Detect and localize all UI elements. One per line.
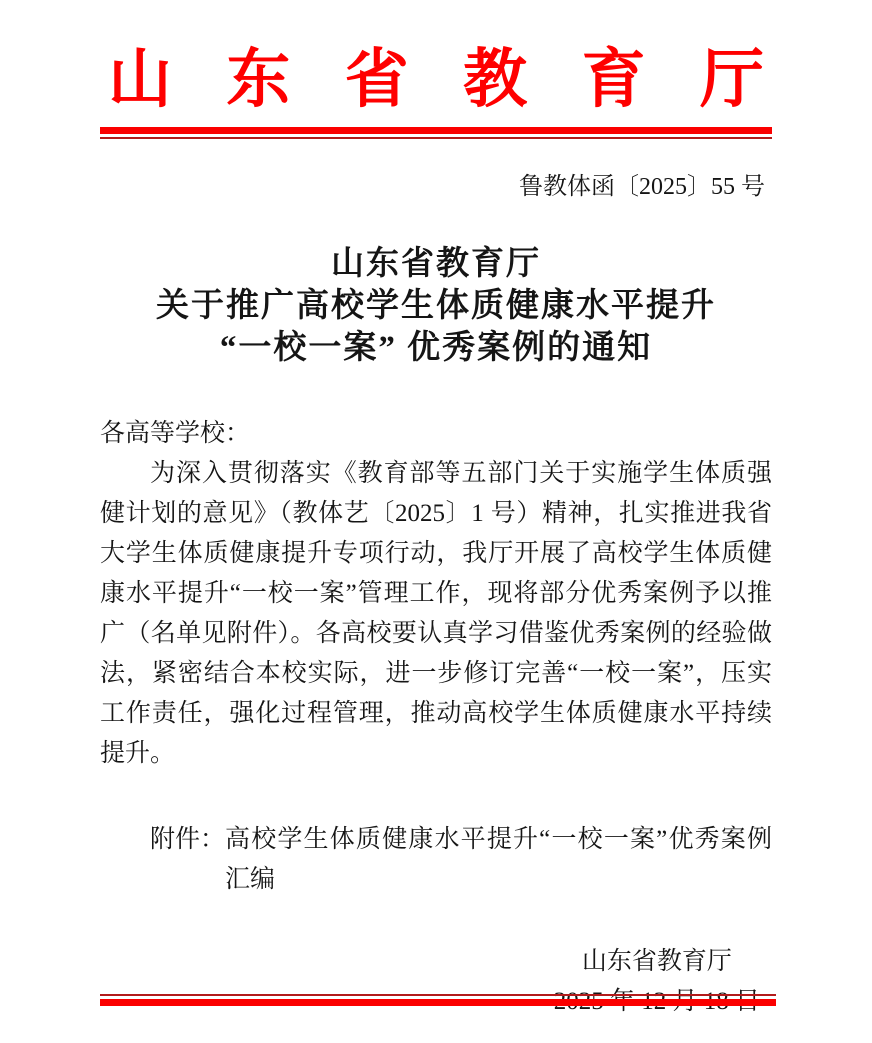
masthead-divider-thin-line (100, 137, 772, 139)
attachment-reference: 附件： 高校学生体质健康水平提升“一校一案”优秀案例汇编 (100, 820, 772, 900)
salutation: 各高等学校： (100, 414, 772, 454)
signature-block: 山东省教育厅 2025 年 12 月 18 日 (554, 942, 760, 1022)
document-number: 鲁教体函〔2025〕55 号 (0, 172, 872, 202)
signing-agency: 山东省教育厅 (554, 942, 760, 982)
footer-divider-thick-line (100, 999, 776, 1006)
footer-divider (100, 994, 776, 1006)
notice-title: 山东省教育厅 关于推广高校学生体质健康水平提升 “一校一案” 优秀案例的通知 (0, 243, 872, 369)
notice-body: 各高等学校： 为深入贯彻落实《教育部等五部门关于实施学生体质强健计划的意见》（教… (100, 414, 772, 900)
main-paragraph: 为深入贯彻落实《教育部等五部门关于实施学生体质强健计划的意见》（教体艺〔2025… (100, 454, 772, 774)
attachment-label: 附件： (150, 820, 225, 860)
masthead-agency-title: 山东省教育厅 (0, 0, 872, 122)
footer-divider-thin-line (100, 994, 776, 996)
notice-title-line-3: “一校一案” 优秀案例的通知 (0, 327, 872, 369)
attachment-title: 高校学生体质健康水平提升“一校一案”优秀案例汇编 (225, 820, 772, 900)
notice-title-line-2: 关于推广高校学生体质健康水平提升 (0, 285, 872, 327)
masthead-divider-thick-line (100, 127, 772, 134)
notice-title-line-1: 山东省教育厅 (0, 243, 872, 285)
official-notice-page: 山东省教育厅 鲁教体函〔2025〕55 号 山东省教育厅 关于推广高校学生体质健… (0, 0, 872, 1043)
masthead-divider (100, 127, 772, 139)
